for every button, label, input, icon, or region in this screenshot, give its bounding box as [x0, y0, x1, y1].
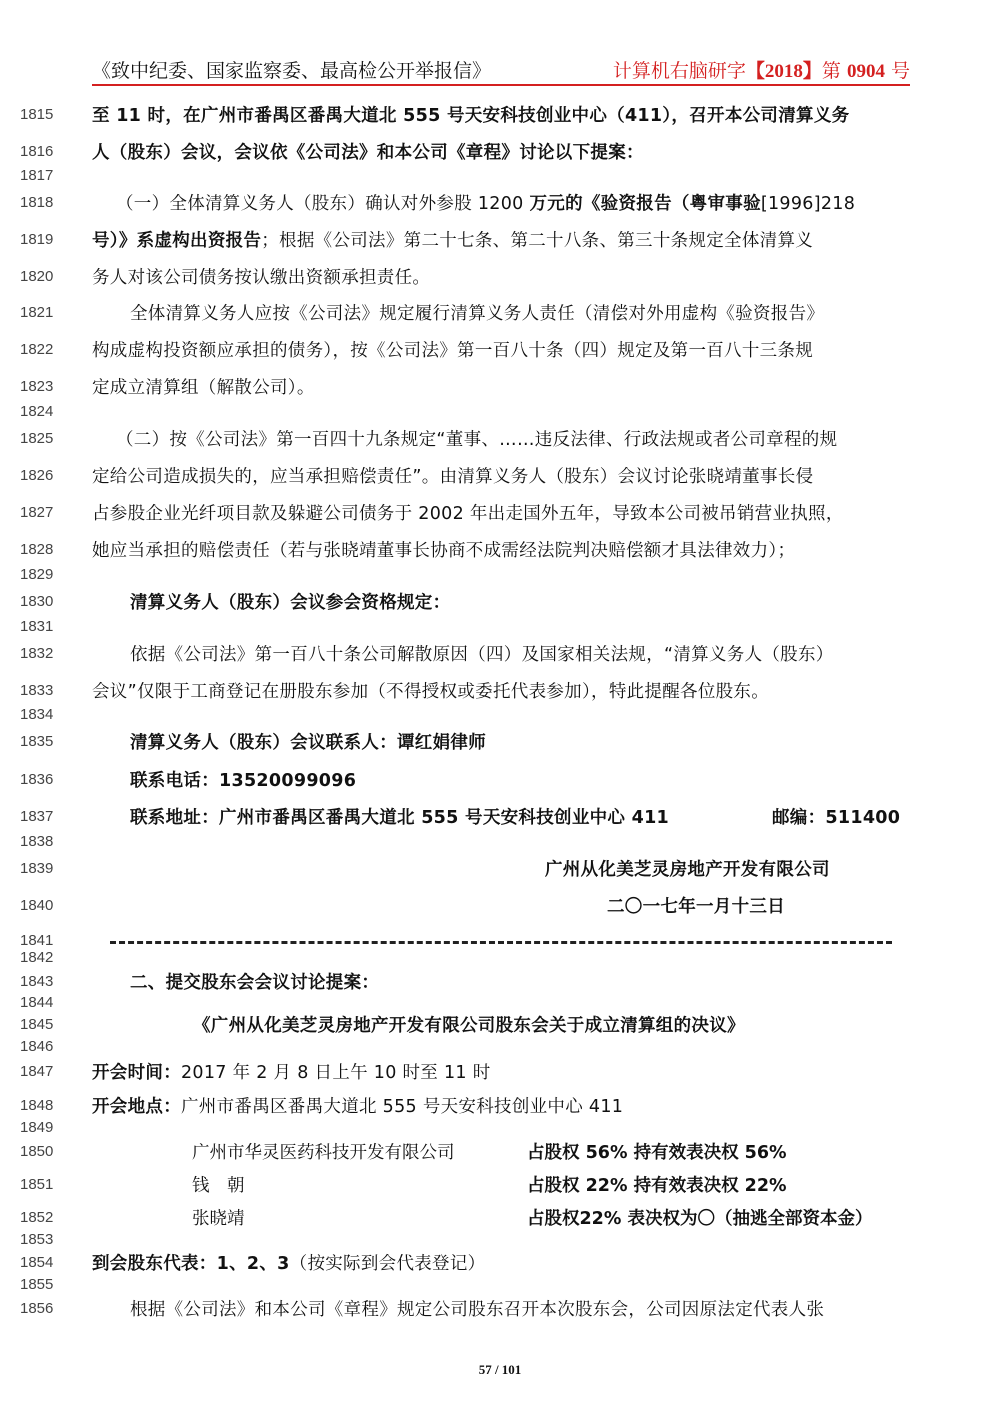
page-number: 57 / 101 [0, 1362, 1000, 1378]
header-doc-number: 计算机右脑研字【2018】第 0904 号 [613, 56, 910, 83]
line-number: 1853 [20, 1231, 80, 1248]
line-number: 1825 [20, 430, 80, 447]
doc-number-di: 第 [822, 60, 841, 82]
contact-phone-label: 联系电话： [130, 771, 219, 791]
line-number: 1836 [20, 771, 80, 788]
line-number: 1844 [20, 994, 80, 1011]
doc-number-prefix: 计算机右脑研字 [613, 60, 746, 82]
text-run-bold: 号）》系虚构出资报告 [92, 231, 261, 251]
shareholder-stake: 占股权 22% 持有效表决权 22% [527, 1172, 787, 1197]
line-number: 1816 [20, 143, 80, 160]
line-number: 1822 [20, 341, 80, 358]
signature-company: 广州从化美芝灵房地产开发有限公司 [545, 856, 875, 881]
line-number: 1818 [20, 194, 80, 211]
line-number: 1827 [20, 504, 80, 521]
line-number: 1845 [20, 1016, 80, 1033]
line-number: 1856 [20, 1300, 80, 1317]
line-number: 1839 [20, 860, 80, 877]
shareholder-name: 张晓靖 [192, 1205, 245, 1230]
line-number: 1817 [20, 167, 80, 184]
line-number: 1847 [20, 1063, 80, 1080]
meeting-time: 开会时间：2017 年 2 月 8 日上午 10 时至 11 时 [92, 1059, 912, 1084]
paragraph-line: 定成立清算组（解散公司）。 [92, 374, 912, 399]
contact-phone-value: 13520099096 [219, 771, 356, 791]
paragraph-line: 人（股东）会议，会议依《公司法》和本公司《章程》讨论以下提案： [92, 139, 912, 164]
line-number: 1829 [20, 566, 80, 583]
paragraph-line: 构成虚构投资额应承担的债务），按《公司法》第一百八十条（四）规定及第一百八十三条… [92, 337, 912, 362]
paragraph-line: 务人对该公司债务按认缴出资额承担责任。 [92, 264, 912, 289]
line-number: 1851 [20, 1176, 80, 1193]
section-divider [110, 941, 892, 944]
line-number: 1835 [20, 733, 80, 750]
contact-person-value: ：谭红娟律师 [379, 733, 486, 753]
shareholder-stake: 占股权 56% 持有效表决权 56% [527, 1139, 787, 1164]
shareholder-name: 钱 朝 [192, 1172, 245, 1197]
contact-phone: 联系电话：13520099096 [130, 767, 950, 792]
doc-number-year: 【2018】 [746, 61, 822, 82]
text-run: ；根据《公司法》第二十七条、第二十八条、第三十条规定全体清算义 [261, 231, 813, 251]
meeting-location-label: 开会地点： [92, 1097, 181, 1117]
text-run: （一）全体清算义务人（股东）确认对外参股 1200 [116, 194, 529, 214]
line-number: 1842 [20, 949, 80, 966]
contact-person-label: 清算义务人（股东）会议联系人 [130, 733, 379, 753]
signature-date: 二〇一七年一月十三日 [607, 893, 827, 918]
paragraph-line: 会议”仅限于工商登记在册股东参加（不得授权或委托代表参加），特此提醒各位股东。 [92, 678, 912, 703]
line-number: 1833 [20, 682, 80, 699]
line-number: 1815 [20, 106, 80, 123]
line-number: 1834 [20, 706, 80, 723]
meeting-location: 开会地点：广州市番禺区番禺大道北 555 号天安科技创业中心 411 [92, 1093, 912, 1118]
attending-note: （按实际到会代表登记） [290, 1254, 486, 1274]
attending-label: 到会股东代表：1、2、3 [92, 1254, 290, 1274]
doc-number-value: 0904 [847, 61, 885, 82]
line-number: 1846 [20, 1038, 80, 1055]
line-number: 1830 [20, 593, 80, 610]
paragraph-line: 号）》系虚构出资报告；根据《公司法》第二十七条、第二十八条、第三十条规定全体清算… [92, 227, 912, 252]
text-run: [1996]218 [761, 194, 855, 214]
line-number: 1831 [20, 618, 80, 635]
contact-person: 清算义务人（股东）会议联系人：谭红娟律师 [130, 729, 950, 754]
paragraph-line: 全体清算义务人应按《公司法》规定履行清算义务人责任（清偿对外用虚构《验资报告》 [130, 300, 950, 325]
meeting-location-value: 广州市番禺区番禺大道北 555 号天安科技创业中心 411 [181, 1097, 623, 1117]
line-number: 1841 [20, 932, 80, 949]
section-heading: 清算义务人（股东）会议参会资格规定： [130, 589, 950, 614]
line-number: 1828 [20, 541, 80, 558]
line-number: 1832 [20, 645, 80, 662]
paragraph-line: 根据《公司法》和本公司《章程》规定公司股东召开本次股东会，公司因原法定代表人张 [130, 1296, 950, 1321]
section-heading: 二、提交股东会会议讨论提案： [130, 969, 950, 994]
line-number: 1824 [20, 403, 80, 420]
line-number: 1837 [20, 808, 80, 825]
line-number: 1823 [20, 378, 80, 395]
line-number: 1852 [20, 1209, 80, 1226]
contact-address-value: 广州市番禺区番禺大道北 555 号天安科技创业中心 411 [219, 808, 669, 828]
line-number: 1850 [20, 1143, 80, 1160]
paragraph-line: 定给公司造成损失的，应当承担赔偿责任”。由清算义务人（股东）会议讨论张晓靖董事长… [92, 463, 912, 488]
paragraph-line: （一）全体清算义务人（股东）确认对外参股 1200 万元的《验资报告（粤审事验[… [116, 190, 936, 215]
doc-number-suffix: 号 [891, 60, 910, 82]
line-number: 1820 [20, 268, 80, 285]
meeting-time-value: 2017 年 2 月 8 日上午 10 时至 11 时 [181, 1063, 491, 1083]
line-number: 1848 [20, 1097, 80, 1114]
attending-representatives: 到会股东代表：1、2、3（按实际到会代表登记） [92, 1250, 912, 1275]
line-number: 1849 [20, 1119, 80, 1136]
postal-code-value: 511400 [825, 808, 900, 828]
paragraph-line: （二）按《公司法》第一百四十九条规定“董事、……违反法律、行政法规或者公司章程的… [116, 426, 936, 451]
shareholder-stake: 占股权22% 表决权为〇（抽逃全部资本金） [527, 1205, 872, 1230]
meeting-time-label: 开会时间： [92, 1063, 181, 1083]
postal-code: 邮编：511400 [772, 804, 912, 829]
contact-address-label: 联系地址： [130, 808, 219, 828]
line-number: 1821 [20, 304, 80, 321]
header-title: 《致中纪委、国家监察委、最高检公开举报信》 [92, 56, 491, 83]
paragraph-line: 至 11 时，在广州市番禺区番禺大道北 555 号天安科技创业中心（411），召… [92, 102, 912, 127]
postal-code-label: 邮编： [772, 808, 825, 828]
resolution-title: 《广州从化美芝灵房地产开发有限公司股东会关于成立清算组的决议》 [193, 1012, 833, 1037]
shareholder-name: 广州市华灵医药科技开发有限公司 [192, 1139, 455, 1164]
line-number: 1843 [20, 973, 80, 990]
paragraph-line: 占参股企业光纤项目款及躲避公司债务于 2002 年出走国外五年，导致本公司被吊销… [92, 500, 912, 525]
line-number: 1840 [20, 897, 80, 914]
line-number: 1854 [20, 1254, 80, 1271]
line-number: 1838 [20, 833, 80, 850]
line-number: 1826 [20, 467, 80, 484]
line-number: 1819 [20, 231, 80, 248]
line-number: 1855 [20, 1276, 80, 1293]
paragraph-line: 依据《公司法》第一百八十条公司解散原因（四）及国家相关法规，“清算义务人（股东） [130, 641, 950, 666]
paragraph-line: 她应当承担的赔偿责任（若与张晓靖董事长协商不成需经法院判决赔偿额才具法律效力）； [92, 537, 912, 562]
document-header: 《致中纪委、国家监察委、最高检公开举报信》 计算机右脑研字【2018】第 090… [92, 56, 910, 86]
text-run-bold: 万元的《验资报告（粤审事验 [529, 194, 760, 214]
